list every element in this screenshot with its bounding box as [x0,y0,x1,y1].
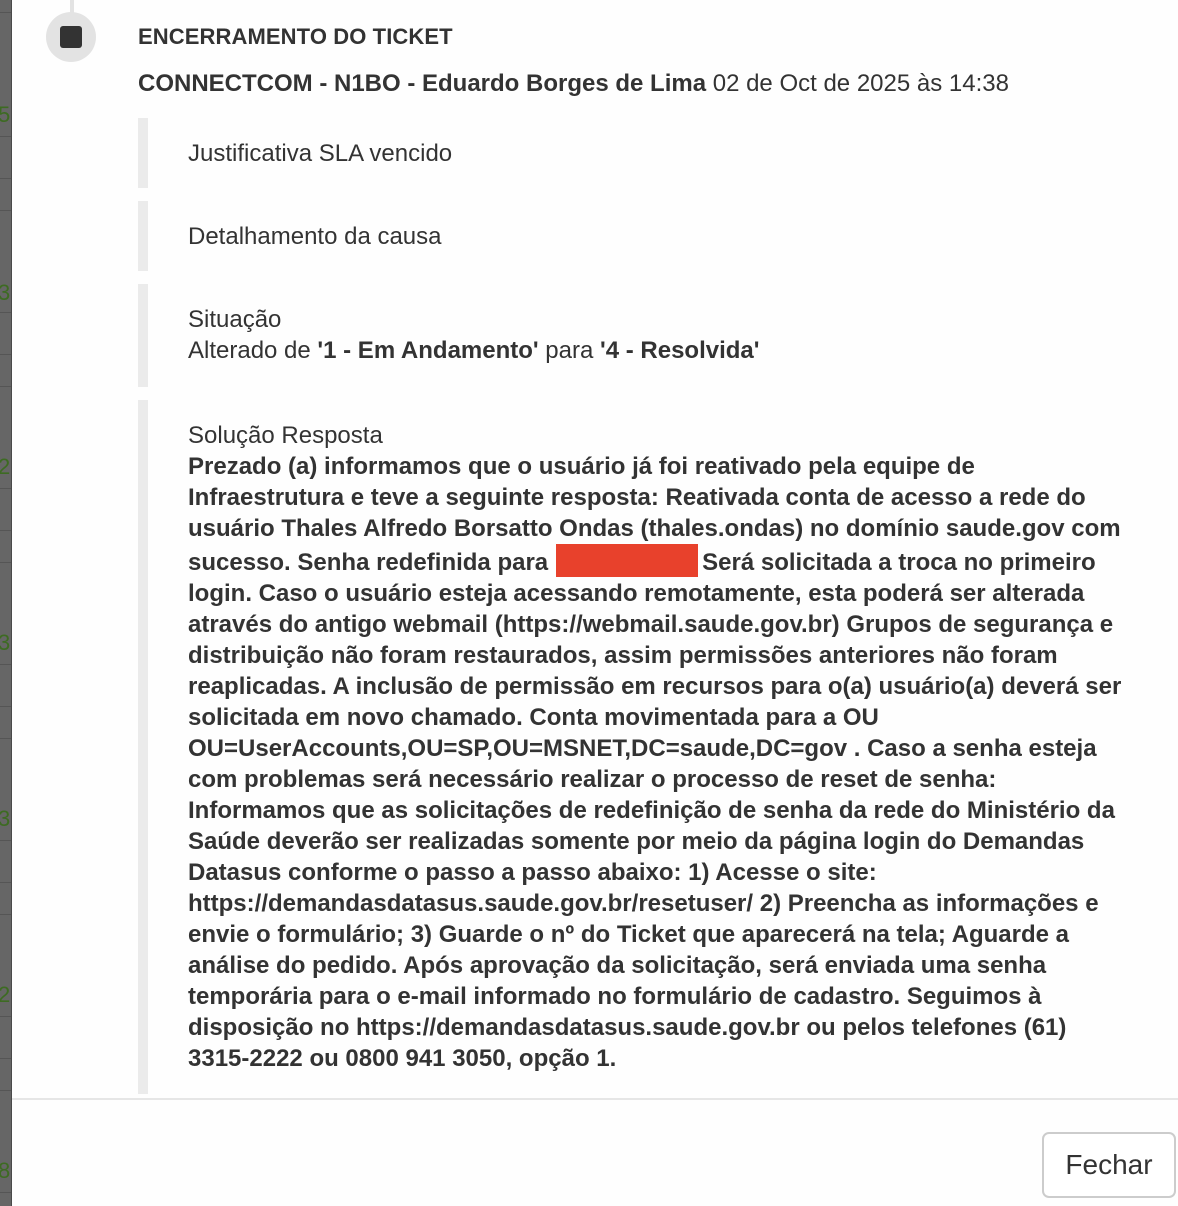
status-from: '1 - Em Andamento' [317,337,538,364]
sla-justification-block: Justificativa SLA vencido [138,118,1138,188]
backdrop-number: 3 [0,282,10,304]
redacted-password [556,544,698,577]
status-change-block: Situação Alterado de '1 - Em Andamento' … [138,284,1138,387]
timeline-badge [46,12,96,62]
solution-response-block: Solução Resposta Prezado (a) informamos … [138,400,1138,1094]
sla-justification-label: Justificativa SLA vencido [188,138,1138,169]
event-author: CONNECTCOM - N1BO - Eduardo Borges de Li… [138,70,706,97]
stop-icon [60,26,82,48]
backdrop-number: 8 [0,1160,10,1182]
page-backdrop: 5 3 2 32 32 2 8 [0,0,12,1206]
event-title: ENCERRAMENTO DO TICKET [138,24,453,50]
backdrop-number: 32 [0,808,12,830]
cause-detail-label: Detalhamento da causa [188,221,1138,252]
footer-divider [12,1098,1178,1100]
cause-detail-block: Detalhamento da causa [138,201,1138,271]
solution-label: Solução Resposta [188,420,1128,451]
status-to: '4 - Resolvida' [600,337,759,364]
ticket-history-modal: ENCERRAMENTO DO TICKET CONNECTCOM - N1BO… [12,0,1178,1206]
event-meta: CONNECTCOM - N1BO - Eduardo Borges de Li… [138,70,1009,98]
event-details: Justificativa SLA vencido Detalhamento d… [138,118,1138,1107]
backdrop-number: 2 [0,456,10,478]
backdrop-number: 5 [0,104,10,126]
backdrop-number: 2 [0,984,10,1006]
event-timestamp: 02 de Oct de 2025 às 14:38 [713,70,1009,97]
status-label: Situação [188,304,1138,335]
status-change-text: Alterado de '1 - Em Andamento' para '4 -… [188,337,759,364]
close-button[interactable]: Fechar [1042,1132,1176,1198]
backdrop-number: 32 [0,632,12,654]
solution-text: Prezado (a) informamos que o usuário já … [188,451,1128,1074]
